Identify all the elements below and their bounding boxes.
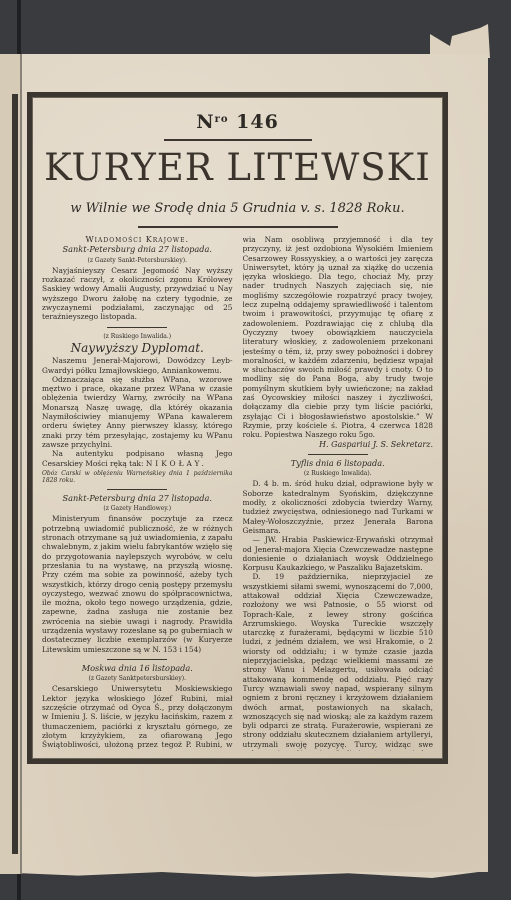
signature-intro: Na autentyku podpisano własną Jego Cesar… xyxy=(42,449,233,468)
article-heading: Naywyższy Dyplomat. xyxy=(42,344,233,353)
masthead: Nro 146 KURYER LITEWSKI w Wilnie we Srod… xyxy=(32,111,443,234)
signature: NIKOŁAY. xyxy=(146,459,207,468)
article-source: (z Ruskiego Inwalida.) xyxy=(42,332,233,341)
article-body: D. 4 b. m. śród huku dział, odprawione b… xyxy=(243,479,434,535)
newspaper-title: KURYER LITEWSKI xyxy=(32,147,443,189)
article-source: (z Gazety Handlowey.) xyxy=(42,504,233,513)
article-body: Cesarskiego Uniwersytetu Moskiewskiego L… xyxy=(42,684,233,751)
article-columns: Wiadomości Krajowe. Sankt-Petersburg dni… xyxy=(42,235,433,751)
divider xyxy=(107,489,167,490)
issue-sup: ro xyxy=(215,114,229,125)
article-dateline: Sankt-Petersburg dnia 27 listopada. xyxy=(42,494,233,503)
divider xyxy=(107,659,167,660)
section-title: Wiadomości Krajowe. xyxy=(42,235,233,244)
issue-number-value: 146 xyxy=(236,111,279,133)
divider xyxy=(308,454,368,455)
article-dateline: Moskwa dnia 16 listopada. xyxy=(42,664,233,673)
masthead-rule-bottom xyxy=(138,226,338,228)
article-source: (z Gazety Sankt-Petersburskiey). xyxy=(42,256,233,265)
article-dateline: Sankt-Petersburg dnia 27 listopada. xyxy=(42,245,233,254)
article-source: (z Gazety Sanktpetersburskiey). xyxy=(42,674,233,683)
previous-page-edge xyxy=(0,54,22,874)
divider xyxy=(107,327,167,328)
article-body: D. 19 października, nieprzyjaciel ze wsz… xyxy=(243,572,434,751)
article-body: Naszemu Jenerał-Majorowi, Dowódzcy Leyb-… xyxy=(42,356,233,375)
masthead-rule-top xyxy=(164,139,312,141)
torn-corner xyxy=(430,24,490,58)
signature-note: Obóz Carski w oblężeniu Warneńskiey dnia… xyxy=(42,470,233,484)
article-body: — JW. Hrabia Paskiewicz-Erywański otrzym… xyxy=(243,535,434,572)
article-dateline: Tyflis dnia 6 listopada. xyxy=(243,459,434,468)
letter-continuation: wia Nam osobliwą przyjemność i dla tey p… xyxy=(243,235,434,440)
article-body: Nayjaśnieyszy Cesarz Jegomość Nay wyższy… xyxy=(42,266,233,322)
letter-signature: H. Gaspariui J. S. Sekretarz. xyxy=(243,440,434,449)
article-body: Odznaczaiąca się służba WPana, wzorowe m… xyxy=(42,375,233,449)
previous-page-border xyxy=(12,94,18,854)
page-border-frame: Nro 146 KURYER LITEWSKI w Wilnie we Srod… xyxy=(27,92,448,764)
left-column: Wiadomości Krajowe. Sankt-Petersburg dni… xyxy=(42,235,233,751)
right-column: wia Nam osobliwą przyjemność i dla tey p… xyxy=(243,235,434,751)
issue-number: Nro 146 xyxy=(32,111,443,133)
issue-dateline: w Wilnie we Srodę dnia 5 Grudnia v. s. 1… xyxy=(32,201,443,216)
article-source: (z Ruskiego Inwalida). xyxy=(243,469,434,478)
article-body: Ministeryum finansów poczytuje za rzecz … xyxy=(42,514,233,653)
issue-prefix: N xyxy=(196,111,214,133)
